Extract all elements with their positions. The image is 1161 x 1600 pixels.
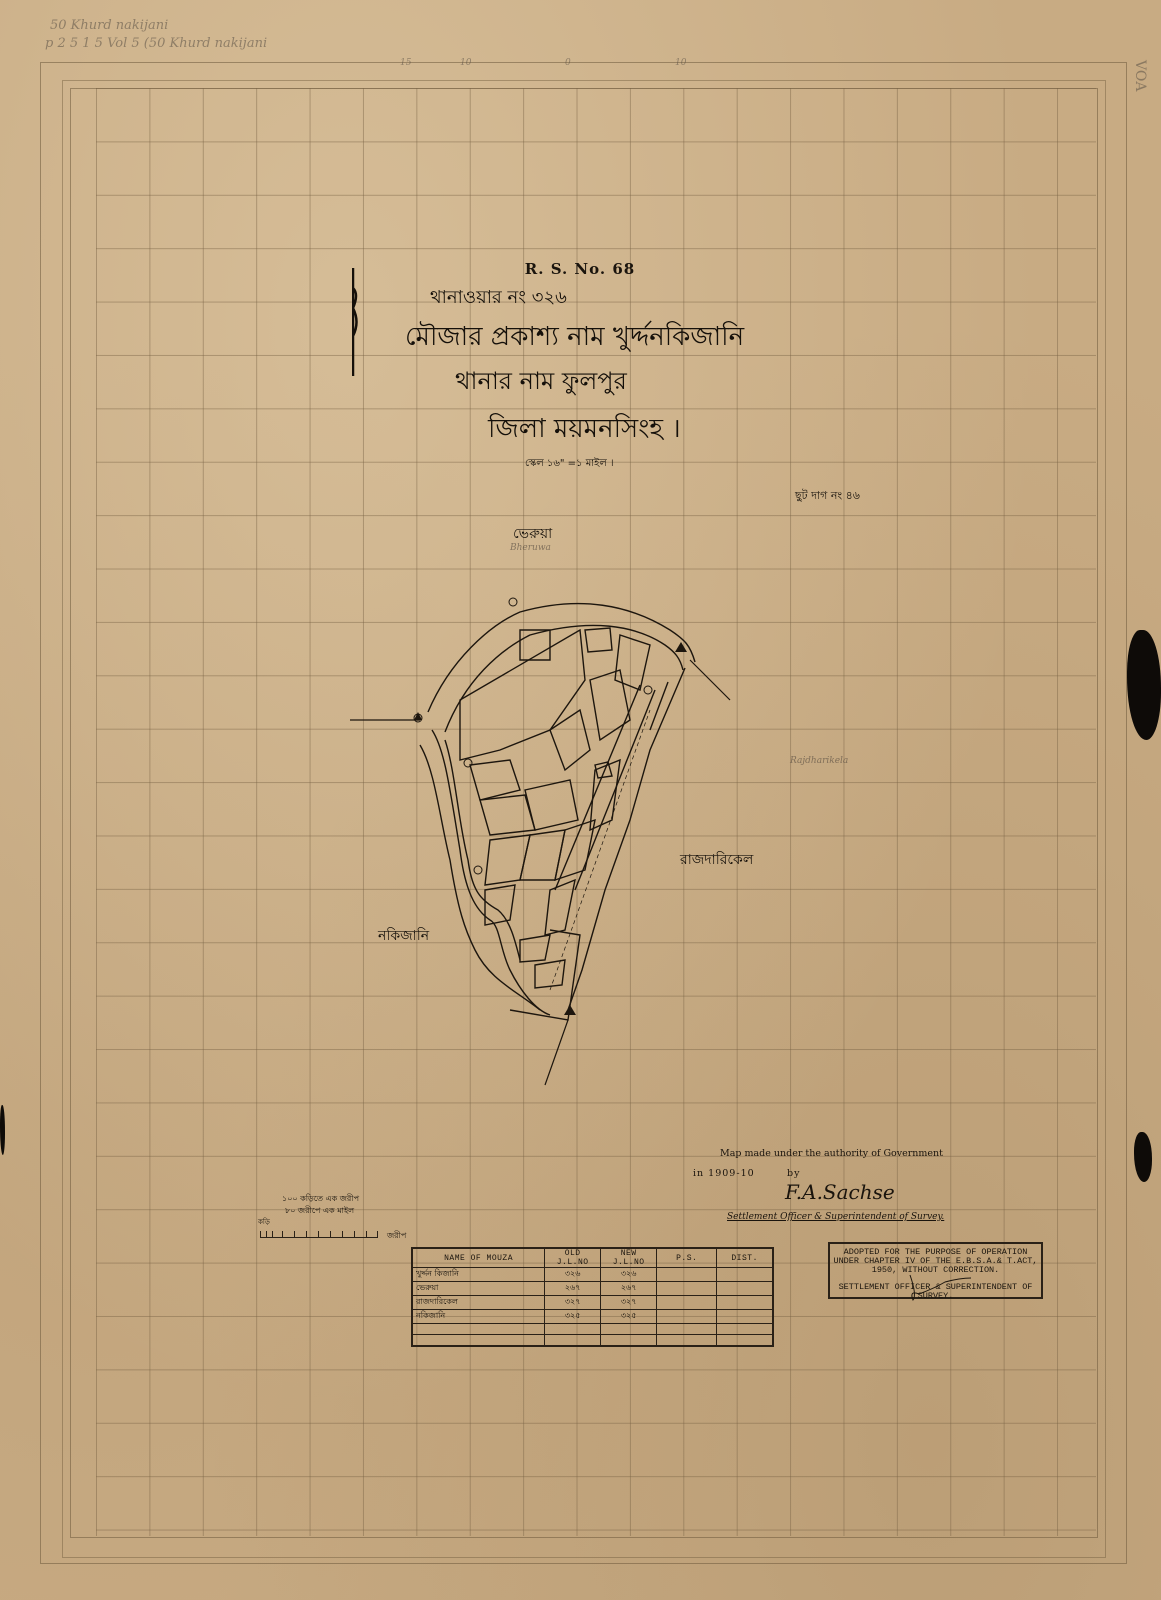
right-margin-note: VOA — [1132, 60, 1148, 91]
table-header-row: NAME OF MOUZA OLD J.L.NO NEW J.L.NO P.S.… — [412, 1248, 773, 1268]
cell-mouza — [412, 1335, 545, 1347]
cell-ps — [657, 1268, 717, 1282]
cell-new-jl: ৩২৬ — [601, 1268, 657, 1282]
cell-old-jl: ৩২৭ — [545, 1296, 601, 1310]
officer-signature: F.A.Sachse — [785, 1180, 895, 1204]
cell-new-jl: ৩২৫ — [601, 1310, 657, 1324]
map-scale: স্কেল ১৬" =১ মাইল । — [525, 456, 614, 473]
cell-dist — [717, 1296, 773, 1310]
cell-ps — [657, 1282, 717, 1296]
cell-old-jl: ৩২৬ — [545, 1268, 601, 1282]
stamp-signature-scrawl — [905, 1270, 975, 1305]
cell-mouza: রাজদারিকেল — [412, 1296, 545, 1310]
cell-mouza: ভেরুয়া — [412, 1282, 545, 1296]
ink-blot-right-lower — [1134, 1132, 1152, 1182]
table-row: নকিজানি ৩২৫ ৩২৫ — [412, 1310, 773, 1324]
cell-mouza: নকিজানি — [412, 1310, 545, 1324]
cell-new-jl — [601, 1324, 657, 1335]
cell-old-jl: ২৬৭ — [545, 1282, 601, 1296]
table-row — [412, 1335, 773, 1347]
table-row — [412, 1324, 773, 1335]
cadastral-plot-map — [350, 590, 770, 1100]
ink-mark-left — [0, 1105, 5, 1155]
scale-bar-left-label: কড়ি — [258, 1216, 270, 1228]
cell-old-jl: ৩২৫ — [545, 1310, 601, 1324]
col-old-jl-no: OLD J.L.NO — [545, 1248, 601, 1268]
cell-new-jl — [601, 1335, 657, 1347]
col-new-jl-no: NEW J.L.NO — [601, 1248, 657, 1268]
cell-old-jl — [545, 1335, 601, 1347]
col-name-of-mouza: NAME OF MOUZA — [412, 1248, 545, 1268]
rs-number: R. S. No. 68 — [480, 260, 680, 278]
scale-bar — [260, 1229, 378, 1238]
mouza-table: NAME OF MOUZA OLD J.L.NO NEW J.L.NO P.S.… — [411, 1247, 774, 1347]
mouza-name: মৌজার প্রকাশ্য নাম খুর্দ্দনকিজানি — [405, 316, 744, 360]
cell-ps — [657, 1296, 717, 1310]
cell-dist — [717, 1324, 773, 1335]
title-bracket-ornament — [352, 268, 360, 376]
cell-old-jl — [545, 1324, 601, 1335]
cell-dist — [717, 1282, 773, 1296]
district-name: জিলা ময়মনসিংহ । — [488, 408, 681, 452]
neighbor-north-english: Bheruwa — [510, 543, 551, 553]
cell-mouza — [412, 1324, 545, 1335]
authority-by: by — [787, 1168, 800, 1179]
cell-new-jl: ২৬৭ — [601, 1282, 657, 1296]
cell-new-jl: ৩২৭ — [601, 1296, 657, 1310]
authority-statement: Map made under the authority of Governme… — [720, 1148, 943, 1159]
cell-ps — [657, 1324, 717, 1335]
scale-bar-right-label: জরীপ — [387, 1230, 406, 1243]
chut-dag-number: ছুট দাগ নং ৪৬ — [795, 487, 860, 506]
table-row: রাজদারিকেল ৩২৭ ৩২৭ — [412, 1296, 773, 1310]
cell-ps — [657, 1335, 717, 1347]
top-scale-mark-2: 10 — [460, 58, 471, 68]
table-row: খুর্দ্দন কিজানি ৩২৬ ৩২৬ — [412, 1268, 773, 1282]
pencil-note-1: 50 Khurd nakijani — [50, 18, 168, 33]
cell-ps — [657, 1310, 717, 1324]
cell-dist — [717, 1310, 773, 1324]
neighbor-east-english: Rajdharikela — [790, 756, 848, 766]
pencil-note-2: p 2 5 1 5 Vol 5 (50 Khurd nakijani — [45, 36, 267, 51]
col-dist: DIST. — [717, 1248, 773, 1268]
thana-name: থানার নাম ফুলপুর — [455, 363, 627, 403]
top-scale-mark-4: 10 — [675, 58, 686, 68]
cell-dist — [717, 1335, 773, 1347]
table-row: ভেরুয়া ২৬৭ ২৬৭ — [412, 1282, 773, 1296]
top-scale-mark-1: 15 — [400, 58, 411, 68]
authority-year: in 1909-10 — [693, 1168, 755, 1179]
cell-dist — [717, 1268, 773, 1282]
col-ps: P.S. — [657, 1248, 717, 1268]
ink-blot-right — [1127, 630, 1161, 740]
top-scale-mark-3: 0 — [565, 58, 571, 68]
thanawar-number: থানাওয়ার নং ৩২৬ — [430, 283, 567, 314]
scale-legend-line-2: ৮০ জরীপে এক মাইল — [285, 1205, 354, 1218]
cell-mouza: খুর্দ্দন কিজানি — [412, 1268, 545, 1282]
officer-title: Settlement Officer & Superintendent of S… — [727, 1212, 944, 1222]
